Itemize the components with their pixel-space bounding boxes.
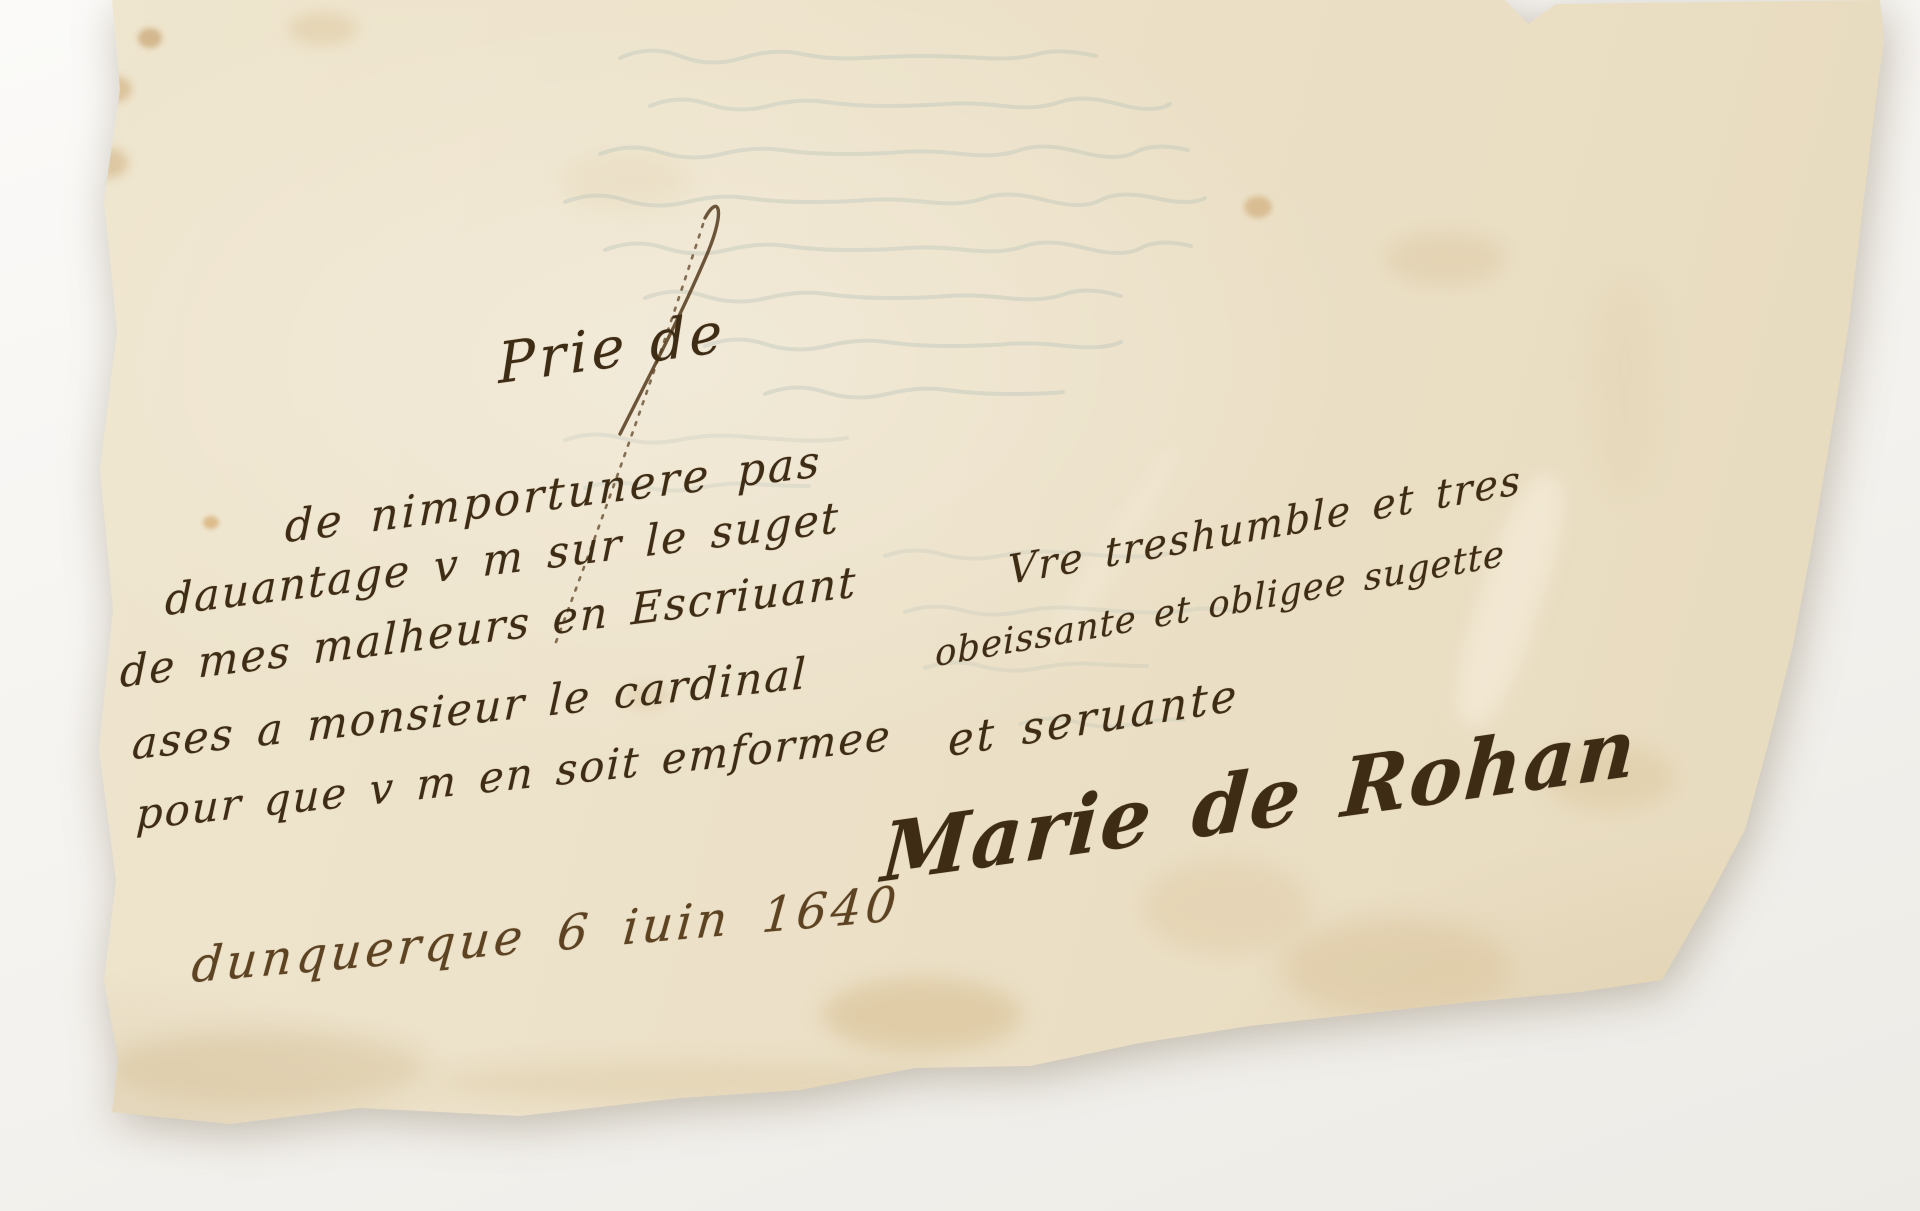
handwriting-closing-line: et seruante	[948, 670, 1239, 768]
paper-sheet: Prie de de nimportunere pas dauantage v …	[0, 0, 1920, 1211]
stain	[1244, 196, 1272, 218]
handwriting-dateline: dunquerque 6 iuin 1640	[190, 876, 903, 995]
stain	[1385, 232, 1505, 286]
stain	[138, 28, 162, 48]
stain	[203, 516, 219, 529]
stain	[560, 150, 690, 210]
stain	[288, 12, 358, 46]
stain	[1280, 920, 1510, 1015]
stain	[430, 1060, 950, 1105]
stain	[90, 148, 128, 178]
handwriting-opening: Prie de	[497, 300, 727, 397]
stain	[822, 978, 1022, 1052]
stain	[108, 1030, 428, 1105]
stain	[98, 76, 132, 102]
stain	[1140, 860, 1310, 955]
manuscript-photo: Prie de de nimportunere pas dauantage v …	[0, 0, 1920, 1211]
stain	[1590, 280, 1660, 500]
paper-sheet-wrap: Prie de de nimportunere pas dauantage v …	[0, 0, 1920, 1211]
